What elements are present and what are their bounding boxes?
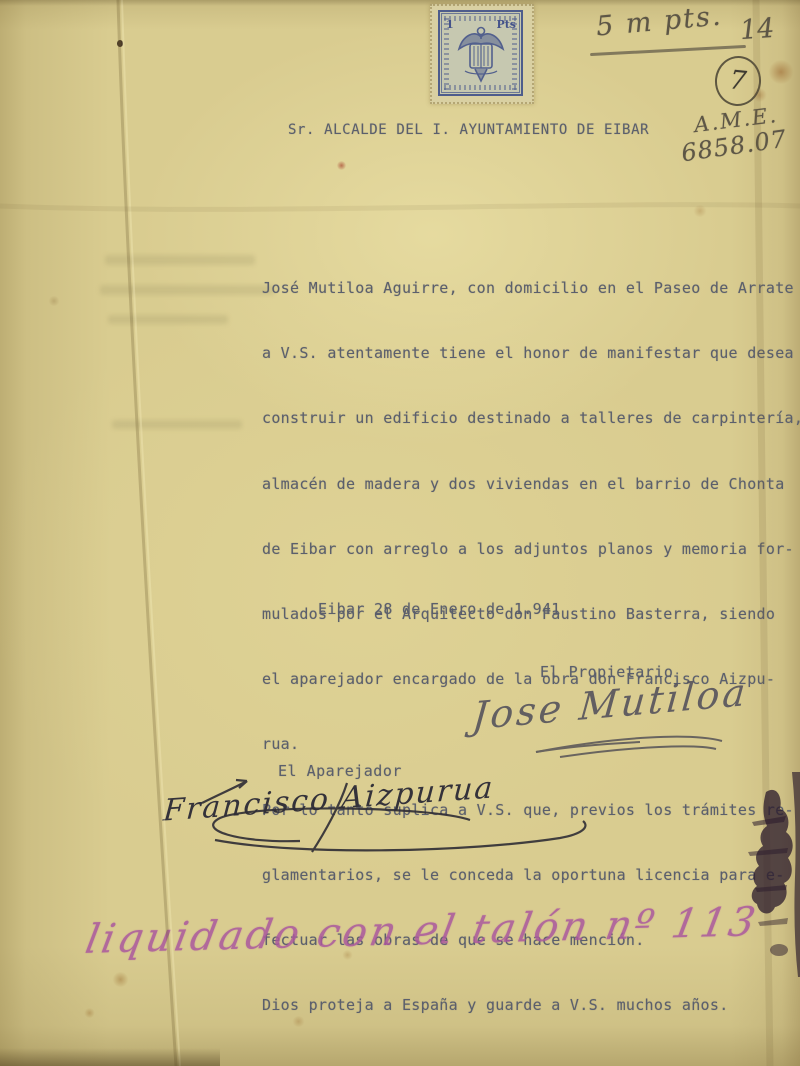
horizontal-crease: [0, 205, 800, 210]
body-line: José Mutiloa Aguirre, con domicilio en e…: [262, 279, 800, 308]
foxing-spot: [693, 205, 707, 217]
eagle-coat-of-arms-icon: [455, 25, 507, 85]
body-line: construir un edificio destinado a taller…: [262, 409, 800, 438]
bottom-page-edge-shadow: [0, 1048, 220, 1066]
body-line: glamentarios, se le conceda la oportuna …: [262, 866, 800, 895]
fold-crease: [118, 0, 176, 1066]
fiscal-stamp-paper: 1 Pts: [438, 10, 523, 96]
fiscal-stamp: 1 Pts: [430, 4, 534, 104]
bleed-through-smudge: [112, 420, 242, 429]
date-line: Eibar 28 de Enero de 1.941: [318, 600, 561, 618]
staple-hole: [117, 40, 123, 47]
scanned-letter-page: 1 Pts 5 m pts. 14 7 Sr. ALCALDE DEL I.: [0, 0, 800, 1066]
body-line: almacén de madera y dos viviendas en el …: [262, 475, 800, 504]
foxing-spot: [768, 60, 794, 84]
foxing-spot: [84, 1008, 95, 1018]
bleed-through-smudge: [108, 315, 228, 324]
body-line: de Eibar con arreglo a los adjuntos plan…: [262, 540, 800, 569]
body-line: a V.S. atentamente tiene el honor de man…: [262, 344, 800, 373]
pencil-note: 5 m pts.: [595, 1, 724, 43]
top-page-edge-shadow: [0, 0, 800, 6]
body-line: rua.: [262, 735, 800, 764]
bleed-through-smudge: [105, 255, 255, 265]
foxing-spot: [337, 161, 346, 170]
sheet-number: 14: [739, 13, 775, 46]
body-line: Dios proteja a España y guarde a V.S. mu…: [262, 996, 800, 1025]
circled-folio-number-value: 7: [728, 65, 748, 97]
salutation-line: Sr. ALCALDE DEL I. AYUNTAMIENTO DE EIBAR: [288, 122, 649, 138]
stamp-border-ornament: [444, 85, 517, 90]
stamp-denomination: 1: [446, 18, 454, 31]
foxing-spot: [48, 296, 60, 306]
foxing-spot: [112, 972, 129, 987]
pencil-note-underline: [590, 45, 746, 56]
bleed-through-smudge: [100, 285, 275, 295]
fold-crease-highlight: [122, 0, 180, 1066]
